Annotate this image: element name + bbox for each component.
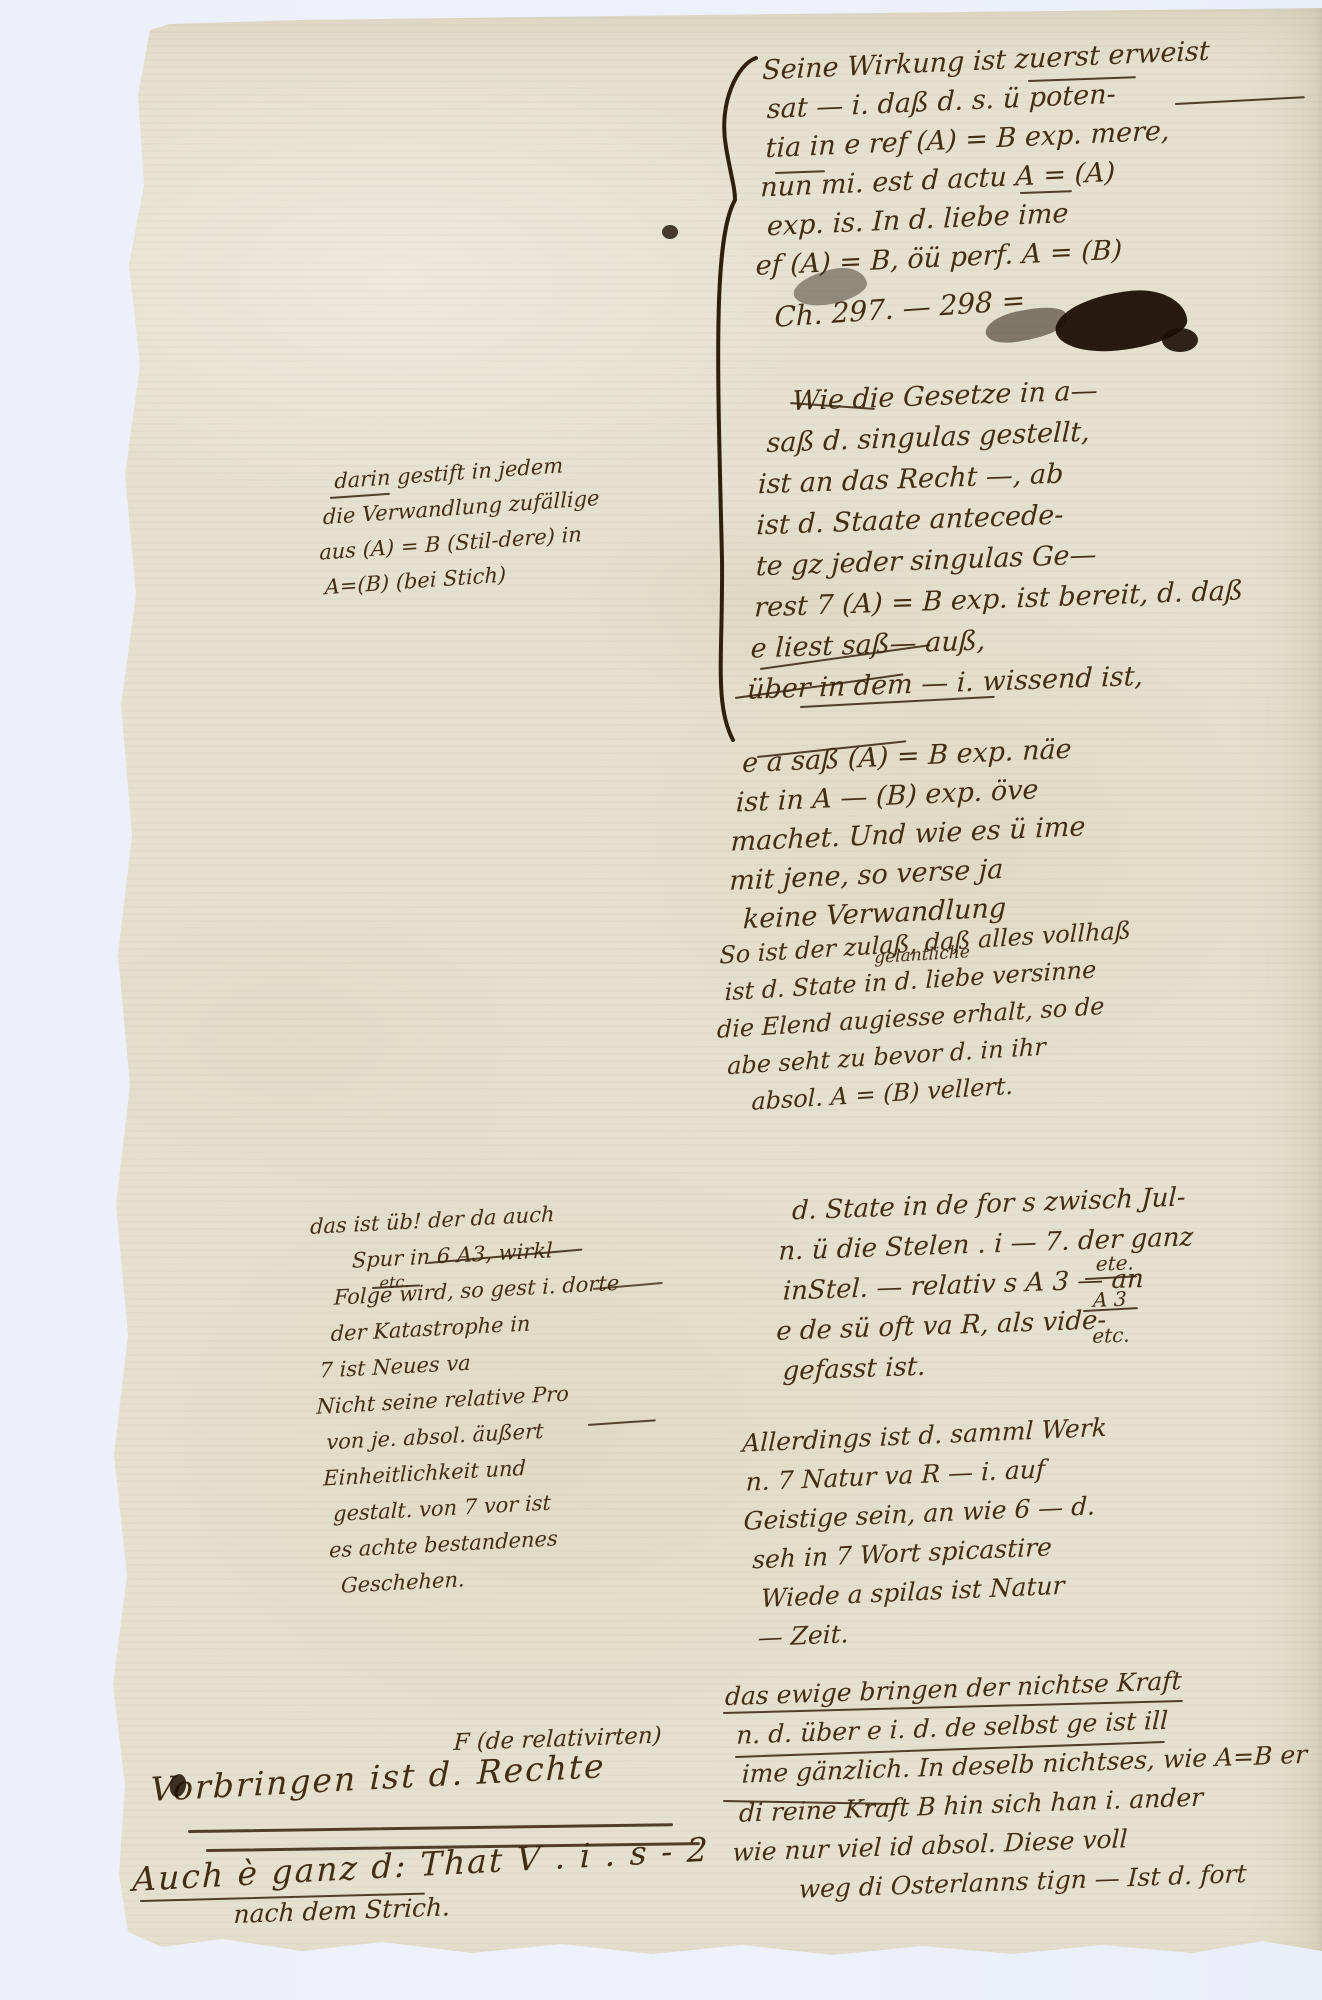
handwritten-line: A 3 <box>1093 1280 1136 1318</box>
text-block-bottom-right: das ewige bringen der nichtse Kraftn. d.… <box>700 1657 1311 1912</box>
margin-note-lower: das ist üb! der da auchSpur in 6 A3, wir… <box>250 1193 634 1607</box>
text-block-main-paragraph: Wie die Gesetze in a—saß d. singulas ges… <box>735 366 1245 711</box>
bottom-left-auch-line: Auch è ganz d: That V . i . s - 2 <box>130 1830 709 1900</box>
handwritten-line: Vorbringen ist d. Rechte <box>150 1746 606 1810</box>
handwriting-layer: Seine Wirkung ist zuerst erweistsat — i.… <box>0 0 1322 2000</box>
handwritten-line: Auch è ganz d: That V . i . s - 2 <box>132 1830 710 1900</box>
etc-a3-stack: ete.A 3etc. <box>1088 1244 1136 1353</box>
text-block-second-paragraph: e a saß (A) = B exp. näeist in A — (B) e… <box>722 729 1088 939</box>
text-block-top-right: Seine Wirkung ist zuerst erweistsat — i.… <box>745 32 1218 286</box>
margin-note-upper: darin gestift in jedemdie Verwandlung zu… <box>310 446 604 606</box>
manuscript-scan: Seine Wirkung ist zuerst erweistsat — i.… <box>0 0 1322 2000</box>
rule-bottom-left-1 <box>188 1823 673 1832</box>
text-block-allerdings-paragraph: Allerdings ist d. samml Werkn. 7 Natur v… <box>735 1408 1115 1658</box>
ink-dot-small <box>662 225 678 239</box>
handwritten-line: etc. <box>1092 1316 1137 1354</box>
bottom-left-heading: Vorbringen ist d. Rechte <box>148 1746 605 1810</box>
ink-blot-droplet <box>1162 328 1198 352</box>
text-block-so-ist-paragraph: So ist der zulaß, daß alles vollhaßgelan… <box>710 912 1140 1122</box>
